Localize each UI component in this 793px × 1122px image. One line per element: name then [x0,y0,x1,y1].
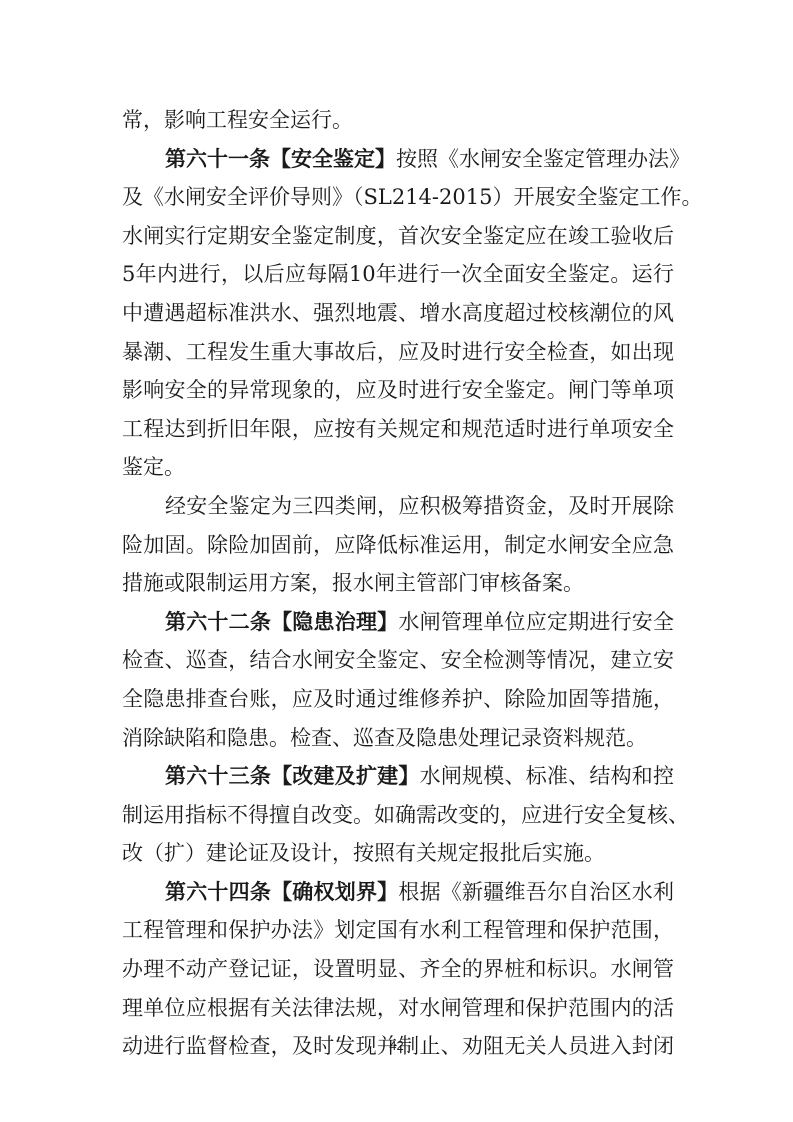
line-text: 消除缺陷和隐患。检查、巡查及隐患处理记录资料规范。 [122,726,647,750]
line-text: 中遭遇超标准洪水、强烈地震、增水高度超过校核潮位的风 [122,301,674,325]
text-line: 消除缺陷和隐患。检查、巡查及隐患处理记录资料规范。 [122,719,674,758]
text-line: 工程管理和保护办法》划定国有水利工程管理和保护范围， [122,911,674,950]
line-text: 暴潮、工程发生重大事故后，应及时进行安全检查，如出现 [122,340,674,364]
line-text: 工程管理和保护办法》划定国有水利工程管理和保护范围， [122,918,674,942]
article-64-title: 第六十四条【确权划界】 [165,880,398,904]
document-page: 常，影响工程安全运行。 第六十一条【安全鉴定】按照《水闸安全鉴定管理办法》 及《… [0,0,793,1122]
text-line: 水闸实行定期安全鉴定制度，首次安全鉴定应在竣工验收后 [122,217,674,256]
line-text: 险加固。除险加固前，应降低标准运用，制定水闸安全应急 [122,533,674,557]
line-text: 常，影响工程安全运行。 [122,108,353,132]
text-line: 措施或限制运用方案，报水闸主管部门审核备案。 [122,564,674,603]
text-line: 常，影响工程安全运行。 [122,101,674,140]
line-text: 工程达到折旧年限，应按有关规定和规范适时进行单项安全 [122,417,674,441]
line-text: 水闸实行定期安全鉴定制度，首次安全鉴定应在竣工验收后 [122,224,674,248]
text-line: 中遭遇超标准洪水、强烈地震、增水高度超过校核潮位的风 [122,294,674,333]
text-line: 理单位应根据有关法律法规，对水闸管理和保护范围内的活 [122,989,674,1028]
line-text: 鉴定。 [122,455,185,479]
line-text: 措施或限制运用方案，报水闸主管部门审核备案。 [122,571,584,595]
line-text: 制运用指标不得擅自改变。如确需改变的，应进行安全复核、 [122,803,689,827]
page-number: 42 [0,1038,793,1053]
line-text: 按照《水闸安全鉴定管理办法》 [396,147,690,171]
line-text: 水闸规模、标准、结构和控 [420,764,674,788]
line-text: 5年内进行，以后应每隔10年进行一次全面安全鉴定。运行 [122,262,674,286]
line-text: 理单位应根据有关法律法规，对水闸管理和保护范围内的活 [122,996,674,1020]
text-line: 5年内进行，以后应每隔10年进行一次全面安全鉴定。运行 [122,255,674,294]
line-text: 全隐患排查台账，应及时通过维修养护、除险加固等措施， [122,687,674,711]
text-line: 检查、巡查，结合水闸安全鉴定、安全检测等情况，建立安 [122,641,674,680]
body-text: 常，影响工程安全运行。 第六十一条【安全鉴定】按照《水闸安全鉴定管理办法》 及《… [122,101,674,1066]
text-line: 制运用指标不得擅自改变。如确需改变的，应进行安全复核、 [122,796,674,835]
line-text: 经安全鉴定为三四类闸，应积极筹措资金，及时开展除 [165,494,674,518]
article-63-heading-line: 第六十三条【改建及扩建】水闸规模、标准、结构和控 [122,757,674,796]
text-line: 办理不动产登记证，设置明显、齐全的界桩和标识。水闸管 [122,950,674,989]
text-line: 暴潮、工程发生重大事故后，应及时进行安全检查，如出现 [122,333,674,372]
line-text: 水闸管理单位应定期进行安全 [398,610,674,634]
line-text: 检查、巡查，结合水闸安全鉴定、安全检测等情况，建立安 [122,648,674,672]
line-text: 影响安全的异常现象的，应及时进行安全鉴定。闸门等单项 [122,378,674,402]
text-line: 影响安全的异常现象的，应及时进行安全鉴定。闸门等单项 [122,371,674,410]
article-61-heading-line: 第六十一条【安全鉴定】按照《水闸安全鉴定管理办法》 [122,140,674,179]
text-line: 鉴定。 [122,448,674,487]
text-line: 改（扩）建论证及设计，按照有关规定报批后实施。 [122,834,674,873]
text-line: 工程达到折旧年限，应按有关规定和规范适时进行单项安全 [122,410,674,449]
text-line: 险加固。除险加固前，应降低标准运用，制定水闸安全应急 [122,526,674,565]
article-61-title: 第六十一条【安全鉴定】 [165,147,396,171]
article-62-heading-line: 第六十二条【隐患治理】水闸管理单位应定期进行安全 [122,603,674,642]
line-text: 办理不动产登记证，设置明显、齐全的界桩和标识。水闸管 [122,957,674,981]
line-text: 改（扩）建论证及设计，按照有关规定报批后实施。 [122,841,605,865]
article-62-title: 第六十二条【隐患治理】 [165,610,398,634]
article-63-title: 第六十三条【改建及扩建】 [165,764,420,788]
line-text: 根据《新疆维吾尔自治区水利 [398,880,674,904]
text-line: 及《水闸安全评价导则》（SL214-2015）开展安全鉴定工作。 [122,178,674,217]
line-text: 及《水闸安全评价导则》（SL214-2015）开展安全鉴定工作。 [122,185,702,209]
article-64-heading-line: 第六十四条【确权划界】根据《新疆维吾尔自治区水利 [122,873,674,912]
text-line: 经安全鉴定为三四类闸，应积极筹措资金，及时开展除 [122,487,674,526]
text-line: 全隐患排查台账，应及时通过维修养护、除险加固等措施， [122,680,674,719]
